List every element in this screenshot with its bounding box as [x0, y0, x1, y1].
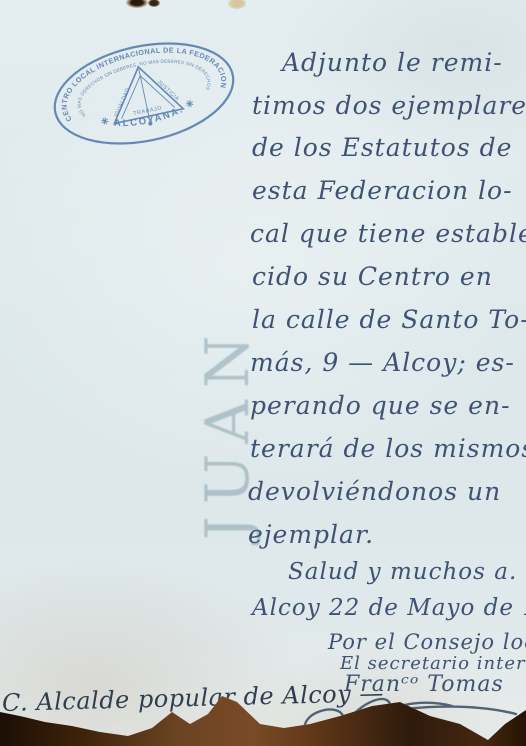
letter-line: devolviéndonos un: [248, 477, 501, 520]
photo-background: CENTRO LOCAL INTERNACIONAL DE LA FEDERAC…: [0, 0, 526, 746]
closing-line: Salud y muchos a. S.: [288, 559, 526, 585]
letter-line: la calle de Santo To-: [252, 305, 526, 348]
letter-line: esta Federacion lo-: [252, 176, 513, 219]
letter-line: Adjunto le remi-: [282, 48, 503, 91]
date-line: Alcoy 22 de Mayo de 1873: [252, 595, 526, 621]
document-paper: CENTRO LOCAL INTERNACIONAL DE LA FEDERAC…: [0, 0, 526, 746]
letter-line: terará de los mismos,: [250, 434, 526, 477]
signature-line-council: Por el Consejo local: [328, 630, 526, 654]
letter-line: timos dos ejemplares: [252, 91, 526, 134]
emblem-right-label: JUSTICIA: [156, 79, 180, 102]
letter-line: cido su Centro en: [252, 262, 493, 305]
signature-line-secretary: El secretario interior: [340, 653, 526, 674]
letter-line: más, 9 — Alcoy; es-: [250, 348, 515, 391]
letter-line: cal que tiene estable-: [250, 219, 526, 262]
federation-oval-stamp: CENTRO LOCAL INTERNACIONAL DE LA FEDERAC…: [33, 28, 255, 164]
letter-line: ejemplar.: [248, 520, 374, 563]
paper-tear-speck: [148, 0, 160, 7]
paper-tear-speck: [228, 0, 246, 9]
letter-line: perando que se en-: [250, 391, 511, 434]
paper-tear-speck: [126, 0, 148, 8]
letter-line: de los Estatutos de: [252, 133, 512, 176]
